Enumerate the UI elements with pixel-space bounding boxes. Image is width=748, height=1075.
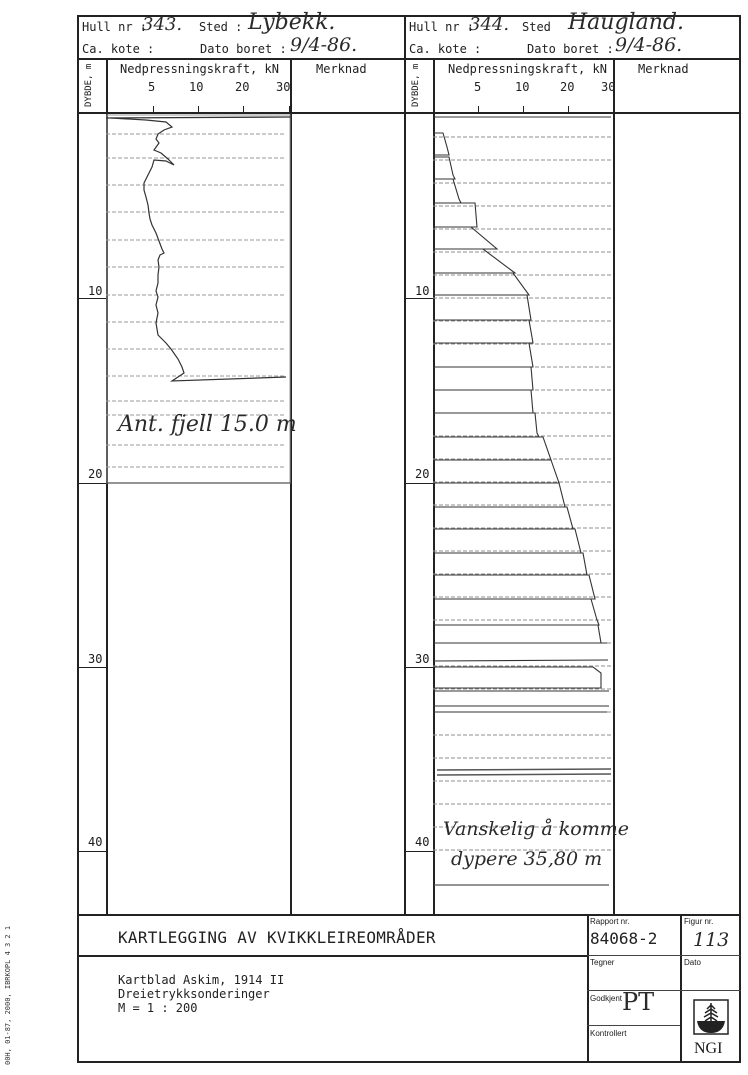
tick-label-5: 5 <box>474 80 481 94</box>
checked-label: Kontrollert <box>590 1029 626 1038</box>
depth-mark-40: 40 <box>88 835 102 849</box>
approved-label: Godkjent <box>590 994 622 1003</box>
project-title: KARTLEGGING AV KVIKKLEIREOMRÅDER <box>118 928 436 947</box>
report-number: 84068-2 <box>590 929 657 948</box>
scale: M = 1 : 200 <box>118 1001 197 1015</box>
hull-number: 344. <box>469 14 509 35</box>
map-sheet: Kartblad Askim, 1914 II <box>118 973 284 987</box>
remark-header: Merknad <box>316 62 367 76</box>
print-note: 00H, 01-87, 2000, IBRKOPL 4 3 2 1 <box>4 926 12 1065</box>
drawer-label: Tegner <box>590 958 614 967</box>
hull-number: 343. <box>142 14 182 35</box>
ngi-logo-icon <box>693 999 729 1039</box>
tick-label-5: 5 <box>148 80 155 94</box>
dato-label: Dato boret : <box>200 42 287 56</box>
sted-value: Haugland. <box>568 10 684 35</box>
dato-value: 9/4-86. <box>290 34 357 56</box>
sted-label: Sted <box>522 20 551 34</box>
depth-mark-30: 30 <box>415 652 429 666</box>
force-header: Nedpressningskraft, kN <box>120 62 279 76</box>
tick-label-10: 10 <box>189 80 203 94</box>
depth-axis-label: DYBDE, m <box>84 64 94 107</box>
dato-value: 9/4-86. <box>615 34 682 56</box>
depth-mark-40: 40 <box>415 835 429 849</box>
annotation-bedrock: Ant. fjell 15.0 m <box>118 412 297 437</box>
hull-label: Hull nr : <box>409 20 474 34</box>
figure-label: Figur nr. <box>684 917 713 926</box>
annotation-refusal-line1: Vanskelig å komme <box>443 818 629 840</box>
kote-label: Ca. kote : <box>82 42 154 56</box>
tick-label-20: 20 <box>235 80 249 94</box>
sted-label: Sted : <box>199 20 242 34</box>
method: Dreietrykksonderinger <box>118 987 270 1001</box>
hull-label: Hull nr : <box>82 20 147 34</box>
tick-label-10: 10 <box>515 80 529 94</box>
sted-value: Lybekk. <box>248 10 335 35</box>
depth-axis-label: DYBDE, m <box>411 64 421 107</box>
figure-number: 113 <box>693 929 729 951</box>
dato-label: Dato boret : <box>527 42 614 56</box>
sounding-curve-344 <box>433 115 614 890</box>
annotation-refusal-line2: dypere 35,80 m <box>451 848 602 870</box>
report-label: Rapport nr. <box>590 917 630 926</box>
tick-label-30: 30 <box>276 80 290 94</box>
depth-mark-20: 20 <box>415 467 429 481</box>
force-header: Nedpressningskraft, kN <box>448 62 607 76</box>
depth-mark-10: 10 <box>415 284 429 298</box>
approved-initials: PT <box>622 988 654 1016</box>
ngi-logo-text: NGI <box>694 1040 722 1058</box>
date-label: Dato <box>684 958 701 967</box>
tick-label-20: 20 <box>560 80 574 94</box>
remark-header: Merknad <box>638 62 689 76</box>
kote-label: Ca. kote : <box>409 42 481 56</box>
depth-mark-30: 30 <box>88 652 102 666</box>
depth-mark-10: 10 <box>88 284 102 298</box>
depth-mark-20: 20 <box>88 467 102 481</box>
